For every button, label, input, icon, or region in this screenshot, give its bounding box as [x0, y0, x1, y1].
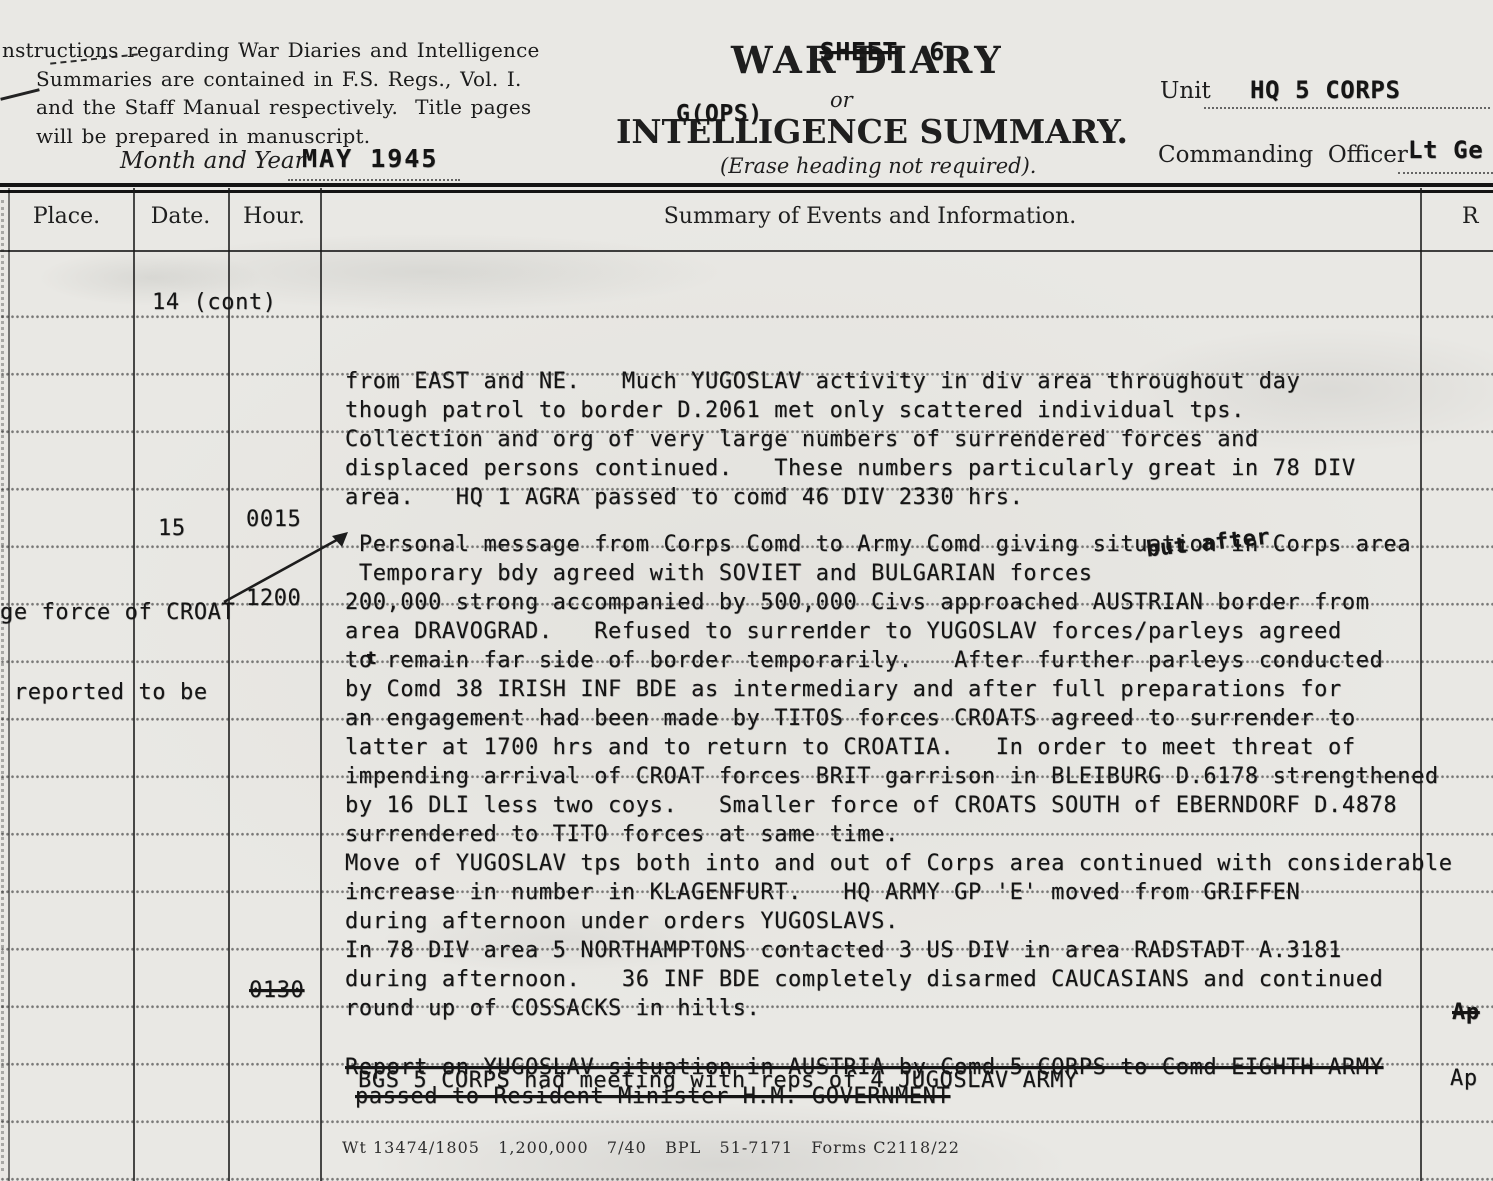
table-top-rule	[0, 183, 1493, 187]
instructions-line: Summaries are contained in F.S. Regs., V…	[36, 65, 542, 94]
form-footer-imprint: Wt 13474/1805 1,200,000 7/40 BPL 51-7171…	[342, 1138, 960, 1157]
unit-value: HQ 5 CORPS	[1250, 76, 1401, 104]
commanding-officer-label: Commanding Officer	[1158, 142, 1408, 168]
summary-line: surrendered to TITO forces at same time.	[345, 820, 1453, 849]
month-year-label: Month and Year	[120, 148, 306, 174]
summary-line: increase in number in KLAGENFURT. HQ ARM…	[345, 878, 1453, 907]
remarks-note: Ap	[1450, 1066, 1478, 1091]
column-header-place: Place.	[0, 204, 133, 229]
summary-line: Move of YUGOSLAV tps both into and out o…	[345, 849, 1453, 878]
column-header-summary: Summary of Events and Information.	[320, 204, 1420, 229]
summary-line: area DRAVOGRAD. Refused to surrender to …	[345, 617, 1453, 646]
column-header-remarks: R	[1462, 204, 1479, 229]
sheet-number-value: 6	[929, 37, 945, 66]
summary-line: Personal message from Corps Comd to Army…	[345, 530, 1453, 559]
summary-line: from EAST and NE. Much YUGOSLAV activity…	[345, 367, 1356, 396]
summary-line: impending arrival of CROAT forces BRIT g…	[345, 762, 1453, 791]
month-underline	[288, 179, 460, 181]
instructions-line: nstructions regarding War Diaries and In…	[2, 36, 542, 65]
war-diary-sheet: nstructions regarding War Diaries and In…	[0, 0, 1493, 1181]
hour-summary-divider	[320, 188, 322, 1181]
entry-final-line: BGS 5 CORPS had meeting with reps of 4 J…	[358, 1068, 1078, 1093]
summary-line: Temporary bdy agreed with SOVIET and BUL…	[345, 559, 1453, 588]
summary-line: though patrol to border D.2061 met only …	[345, 396, 1356, 425]
gops-overtype: G(OPS)	[676, 101, 763, 127]
summary-line: by 16 DLI less two coys. Smaller force o…	[345, 791, 1453, 820]
date-cell-14-cont: 14 (cont)	[152, 290, 277, 315]
remarks-struck: Ap	[1452, 1000, 1480, 1025]
margin-note-line1: ge force of CROAT	[0, 598, 235, 628]
instructions-line: and the Staff Manual respectively. Title…	[36, 93, 542, 122]
month-year-value: MAY 1945	[302, 144, 438, 173]
summary-line: 200,000 strong accompanied by 500,000 Ci…	[345, 588, 1453, 617]
entry-15-text: Personal message from Corps Comd to Army…	[345, 455, 1453, 1023]
summary-line: In 78 DIV area 5 NORTHAMPTONS contacted …	[345, 936, 1453, 965]
co-underline	[1398, 172, 1493, 174]
insert-t-correction: t	[366, 648, 377, 669]
margin-note: ge force of CROAT reported to be	[0, 548, 235, 758]
sheet-number: SHEET 6	[757, 8, 945, 95]
summary-line: to remain far side of border temporarily…	[345, 646, 1453, 675]
column-header-date: Date.	[133, 204, 228, 229]
instructions-line: will be prepared in manuscript.	[36, 122, 542, 151]
summary-line: by Comd 38 IRISH INF BDE as intermediary…	[345, 675, 1453, 704]
unit-label: Unit	[1160, 78, 1211, 104]
insert-apostrophe: '	[820, 620, 833, 644]
unit-underline	[1204, 107, 1490, 109]
margin-arrow	[218, 520, 360, 612]
summary-line: an engagement had been made by TITOS for…	[345, 704, 1453, 733]
header-bottom-rule	[0, 250, 1493, 252]
date-cell-15: 15	[158, 516, 186, 541]
commanding-officer-value: Lt Ge	[1408, 136, 1483, 164]
column-header-hour: Hour.	[228, 204, 320, 229]
instructions-text: nstructions regarding War Diaries and In…	[2, 36, 542, 150]
table-top-rule2	[0, 190, 1493, 193]
erase-heading-note: (Erase heading not required).	[720, 154, 1036, 178]
hour-cell-0130-struck: 0130	[249, 978, 304, 1003]
margin-note-line2: reported to be	[0, 678, 235, 708]
summary-line: during afternoon under orders YUGOSLAVS.	[345, 907, 1453, 936]
summary-line: latter at 1700 hrs and to return to CROA…	[345, 733, 1453, 762]
summary-line: Collection and org of very large numbers…	[345, 425, 1356, 454]
sheet-label: SHEET	[820, 37, 898, 66]
